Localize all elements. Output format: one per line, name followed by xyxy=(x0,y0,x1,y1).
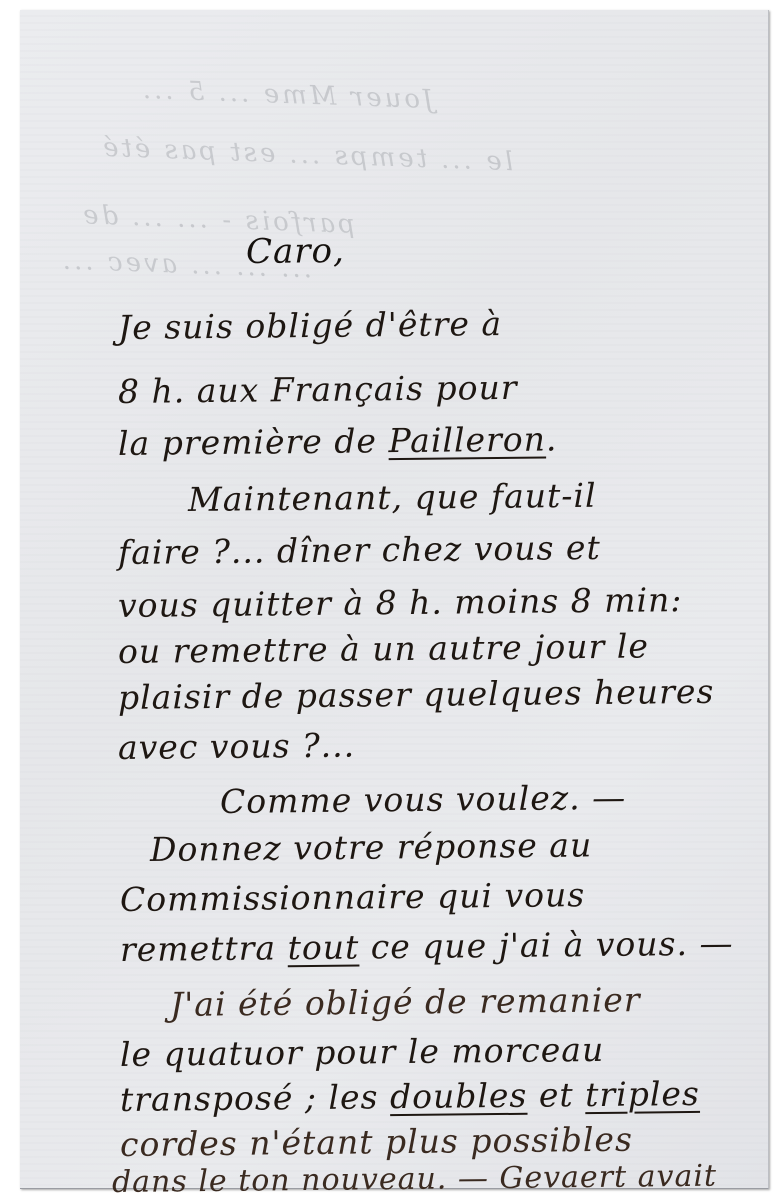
letter-line: transposé ; les doubles et triples xyxy=(120,1074,700,1119)
letter-line: le quatuor pour le morceau xyxy=(120,1030,605,1074)
line-text: ou remettre à un autre jour le xyxy=(118,626,649,671)
letter-line: Donnez votre réponse au xyxy=(150,825,593,869)
letter-line: la première de Pailleron. xyxy=(118,419,558,463)
line-text: dans le ton nouveau. — Gevaert avait xyxy=(112,1159,717,1200)
letter-line: remettra tout ce que j'ai à vous. — xyxy=(120,924,734,969)
line-text: . xyxy=(546,419,558,458)
line-text: vous quitter à 8 h. moins 8 min: xyxy=(118,580,683,625)
line-text: transposé ; les xyxy=(120,1077,390,1119)
letter-line: plaisir de passer quelques heures xyxy=(118,672,715,717)
line-text: faire ?... dîner chez vous et xyxy=(118,528,601,572)
line-text: le quatuor pour le morceau xyxy=(120,1030,605,1074)
letter-line: Je suis obligé d'être à xyxy=(118,304,503,347)
line-text: Maintenant, que faut-il xyxy=(188,476,597,519)
line-text: et xyxy=(527,1075,585,1115)
show-through-text: le ... temps ... est pas été xyxy=(100,133,514,177)
line-text: ce que j'ai à vous. — xyxy=(359,924,734,967)
letter-line: dans le ton nouveau. — Gevaert avait xyxy=(112,1159,717,1200)
letter-line: 8 h. aux Français pour xyxy=(118,368,518,411)
line-text: 8 h. aux Français pour xyxy=(118,368,518,411)
line-text: plaisir de passer quelques heures xyxy=(118,672,715,717)
letter-line: Comme vous voulez. — xyxy=(220,778,627,821)
underlined-name-pailleron: Pailleron xyxy=(388,420,546,461)
letter-line: Commissionnaire qui vous xyxy=(120,875,586,919)
letter-line: ou remettre à un autre jour le xyxy=(118,626,649,671)
letter-line: Maintenant, que faut-il xyxy=(188,476,597,519)
line-text: Comme vous voulez. — xyxy=(220,778,627,821)
line-text: Donnez votre réponse au xyxy=(150,825,593,869)
line-text: la première de xyxy=(118,421,389,463)
underlined-word-triples: triples xyxy=(585,1074,700,1114)
letter-sheet: Jouer Mme ... 5 ... le ... temps ... est… xyxy=(20,10,769,1189)
show-through-text: Jouer Mme ... 5 ... xyxy=(140,75,434,115)
letter-salutation: Caro, xyxy=(246,231,345,272)
letter-line: vous quitter à 8 h. moins 8 min: xyxy=(118,580,683,625)
line-text: Commissionnaire qui vous xyxy=(120,875,586,919)
underlined-word-doubles: doubles xyxy=(390,1076,528,1116)
line-text: J'ai été obligé de remanier xyxy=(170,980,641,1024)
line-text: remettra xyxy=(120,928,288,969)
letter-line: faire ?... dîner chez vous et xyxy=(118,528,601,572)
line-text: cordes n'étant plus possibles xyxy=(120,1120,633,1164)
underlined-word-tout: tout xyxy=(287,927,359,967)
letter-line: avec vous ?... xyxy=(118,726,356,767)
letter-line: cordes n'étant plus possibles xyxy=(120,1120,633,1164)
line-text: Je suis obligé d'être à xyxy=(118,304,503,347)
letter-line: J'ai été obligé de remanier xyxy=(170,980,641,1024)
line-text: avec vous ?... xyxy=(118,726,356,767)
